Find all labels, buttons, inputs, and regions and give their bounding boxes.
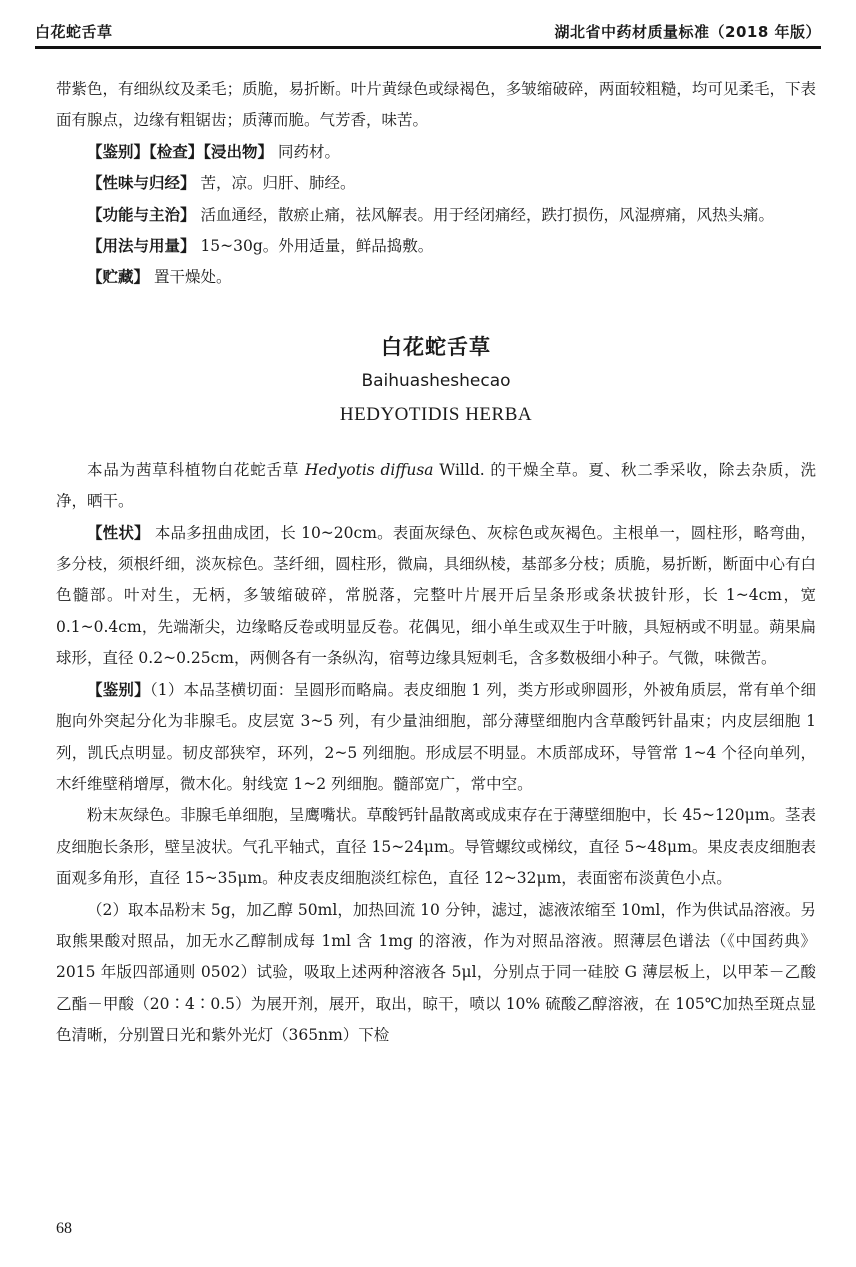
section-usage-dosage: 【用法与用量】 15~30g。外用适量，鲜品捣敷。: [56, 231, 816, 262]
section-nature-meridian: 【性味与归经】 苦，凉。归肝、肺经。: [56, 168, 816, 199]
powder-paragraph: 粉末灰绿色。非腺毛单细胞，呈鹰嘴状。草酸钙针晶散离或成束存在于薄壁细胞中，长 4…: [56, 800, 816, 894]
header-entry-name: 白花蛇舌草: [35, 21, 113, 42]
section-characteristics: 【性状】 本品多扭曲成团，长 10~20cm。表面灰绿色、灰棕色或灰褐色。主根单…: [56, 518, 816, 675]
section-tag: 【性状】: [87, 524, 150, 542]
section-tag: 【贮藏】: [87, 268, 149, 286]
section-text: （1）本品茎横切面：呈圆形而略扁。表皮细胞 1 列，类方形或卵圆形，外被角质层，…: [56, 681, 816, 793]
section-tag: 【鉴别】【检查】【浸出物】: [87, 143, 273, 161]
running-header: 白花蛇舌草 湖北省中药材质量标准（2018 年版）: [35, 14, 821, 49]
tlc-paragraph: （2）取本品粉末 5g，加乙醇 50ml，加热回流 10 分钟，滤过，滤液浓缩至…: [56, 895, 816, 1052]
section-tag: 【功能与主治】: [87, 206, 196, 224]
species-name: Hedyotis diffusa: [305, 461, 434, 479]
section-function-indication: 【功能与主治】 活血通经，散瘀止痛，祛风解表。用于经闭痛经，跌打损伤，风湿痹痛，…: [56, 200, 816, 231]
entry-title-chinese: 白花蛇舌草: [56, 329, 816, 365]
section-storage: 【贮藏】 置干燥处。: [56, 262, 816, 293]
entry-intro: 本品为茜草科植物白花蛇舌草 Hedyotis diffusa Willd. 的干…: [56, 455, 816, 518]
section-identification-check-extract: 【鉴别】【检查】【浸出物】 同药材。: [56, 137, 816, 168]
section-tag: 【用法与用量】: [87, 237, 196, 255]
section-text: 同药材。: [273, 143, 340, 161]
intro-text: 本品为茜草科植物白花蛇舌草: [87, 461, 305, 479]
section-text: 苦，凉。归肝、肺经。: [196, 174, 356, 192]
entry-title-latin: HEDYOTIDIS HERBA: [56, 397, 816, 433]
header-book-title: 湖北省中药材质量标准（2018 年版）: [555, 21, 821, 42]
entry-title-block: 白花蛇舌草 Baihuasheshecao HEDYOTIDIS HERBA: [56, 329, 816, 433]
section-tag: 【鉴别】: [87, 681, 150, 699]
entry-title-pinyin: Baihuasheshecao: [56, 365, 816, 397]
section-text: 15~30g。外用适量，鲜品捣敷。: [196, 237, 434, 255]
page-number: 68: [56, 1220, 72, 1238]
section-text: 置干燥处。: [149, 268, 231, 286]
section-tag: 【性味与归经】: [87, 174, 196, 192]
section-text: 本品多扭曲成团，长 10~20cm。表面灰绿色、灰棕色或灰褐色。主根单一，圆柱形…: [56, 524, 816, 668]
page-body: 带紫色，有细纵纹及柔毛；质脆，易折断。叶片黄绿色或绿褐色，多皱缩破碎，两面较粗糙…: [56, 74, 816, 1052]
continuation-paragraph: 带紫色，有细纵纹及柔毛；质脆，易折断。叶片黄绿色或绿褐色，多皱缩破碎，两面较粗糙…: [56, 74, 816, 137]
section-identification: 【鉴别】（1）本品茎横切面：呈圆形而略扁。表皮细胞 1 列，类方形或卵圆形，外被…: [56, 675, 816, 801]
section-text: 活血通经，散瘀止痛，祛风解表。用于经闭痛经，跌打损伤，风湿痹痛，风热头痛。: [196, 206, 774, 224]
